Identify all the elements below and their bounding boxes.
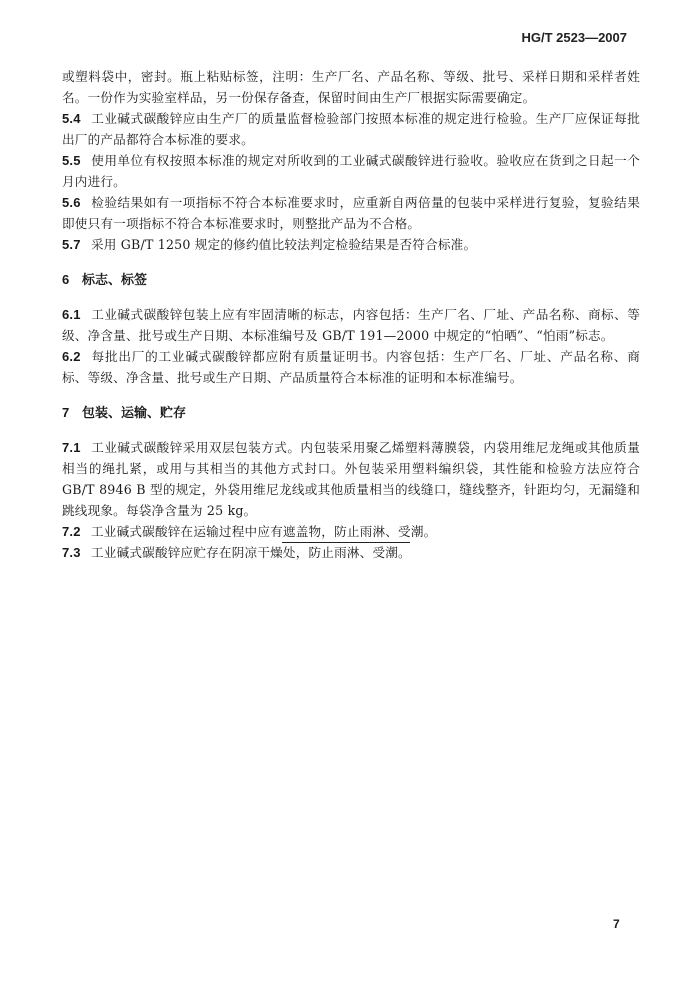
clause-number: 5.4 — [62, 108, 91, 129]
spacer — [62, 388, 640, 402]
section-6-heading: 6标志、标签 — [62, 269, 640, 291]
clause-5-7: 5.7采用 GB/T 1250 规定的修约值比较法判定检验结果是否符合标准。 — [62, 234, 640, 255]
clause-5-5: 5.5使用单位有权按照本标准的规定对所收到的工业碱式碳酸锌进行验收。验收应在货到… — [62, 150, 640, 192]
clause-number: 5.5 — [62, 150, 91, 171]
spacer — [62, 291, 640, 304]
clause-number: 7.2 — [62, 521, 91, 542]
section-title: 标志、标签 — [82, 273, 147, 288]
clause-text: 工业碱式碳酸锌在运输过程中应有遮盖物，防止雨淋、受潮。 — [91, 524, 436, 539]
end-of-document-rule — [282, 542, 410, 543]
clause-text: 每批出厂的工业碱式碳酸锌都应附有质量证明书。内容包括：生产厂名、厂址、产品名称、… — [62, 349, 640, 385]
clause-text: 工业碱式碳酸锌采用双层包装方式。内包装采用聚乙烯塑料薄膜袋，内袋用维尼龙绳或其他… — [62, 440, 640, 518]
clause-6-1: 6.1工业碱式碳酸锌包装上应有牢固清晰的标志，内容包括：生产厂名、厂址、产品名称… — [62, 304, 640, 346]
section-number: 6 — [62, 269, 82, 290]
clause-number: 5.7 — [62, 234, 91, 255]
clause-number: 5.6 — [62, 192, 91, 213]
page-number: 7 — [613, 917, 620, 931]
spacer — [62, 255, 640, 269]
clause-text: 检验结果如有一项指标不符合本标准要求时，应重新自两倍量的包装中采样进行复验，复验… — [62, 195, 640, 231]
continuation-paragraph: 或塑料袋中，密封。瓶上粘贴标签，注明：生产厂名、产品名称、等级、批号、采样日期和… — [62, 66, 640, 108]
clause-7-2: 7.2工业碱式碳酸锌在运输过程中应有遮盖物，防止雨淋、受潮。 — [62, 521, 640, 542]
clause-number: 6.2 — [62, 346, 91, 367]
clause-7-3: 7.3工业碱式碳酸锌应贮存在阴凉干燥处，防止雨淋、受潮。 — [62, 542, 640, 563]
clause-5-6: 5.6检验结果如有一项指标不符合本标准要求时，应重新自两倍量的包装中采样进行复验… — [62, 192, 640, 234]
clause-number: 6.1 — [62, 304, 91, 325]
clause-text: 采用 GB/T 1250 规定的修约值比较法判定检验结果是否符合标准。 — [91, 237, 476, 252]
clause-number: 7.3 — [62, 542, 91, 563]
spacer — [62, 424, 640, 437]
clause-6-2: 6.2每批出厂的工业碱式碳酸锌都应附有质量证明书。内容包括：生产厂名、厂址、产品… — [62, 346, 640, 388]
clause-number: 7.1 — [62, 437, 91, 458]
section-title: 包装、运输、贮存 — [82, 406, 186, 421]
clause-text: 使用单位有权按照本标准的规定对所收到的工业碱式碳酸锌进行验收。验收应在货到之日起… — [62, 153, 640, 189]
clause-5-4: 5.4工业碱式碳酸锌应由生产厂的质量监督检验部门按照本标准的规定进行检验。生产厂… — [62, 108, 640, 150]
page-body: 或塑料袋中，密封。瓶上粘贴标签，注明：生产厂名、产品名称、等级、批号、采样日期和… — [62, 66, 640, 563]
clause-text: 工业碱式碳酸锌应由生产厂的质量监督检验部门按照本标准的规定进行检验。生产厂应保证… — [62, 111, 640, 147]
section-number: 7 — [62, 402, 82, 423]
standard-code-header: HG/T 2523—2007 — [521, 30, 627, 45]
clause-text: 工业碱式碳酸锌包装上应有牢固清晰的标志，内容包括：生产厂名、厂址、产品名称、商标… — [62, 307, 640, 343]
clause-7-1: 7.1工业碱式碳酸锌采用双层包装方式。内包装采用聚乙烯塑料薄膜袋，内袋用维尼龙绳… — [62, 437, 640, 521]
section-7-heading: 7包装、运输、贮存 — [62, 402, 640, 424]
clause-text: 工业碱式碳酸锌应贮存在阴凉干燥处，防止雨淋、受潮。 — [91, 545, 411, 560]
